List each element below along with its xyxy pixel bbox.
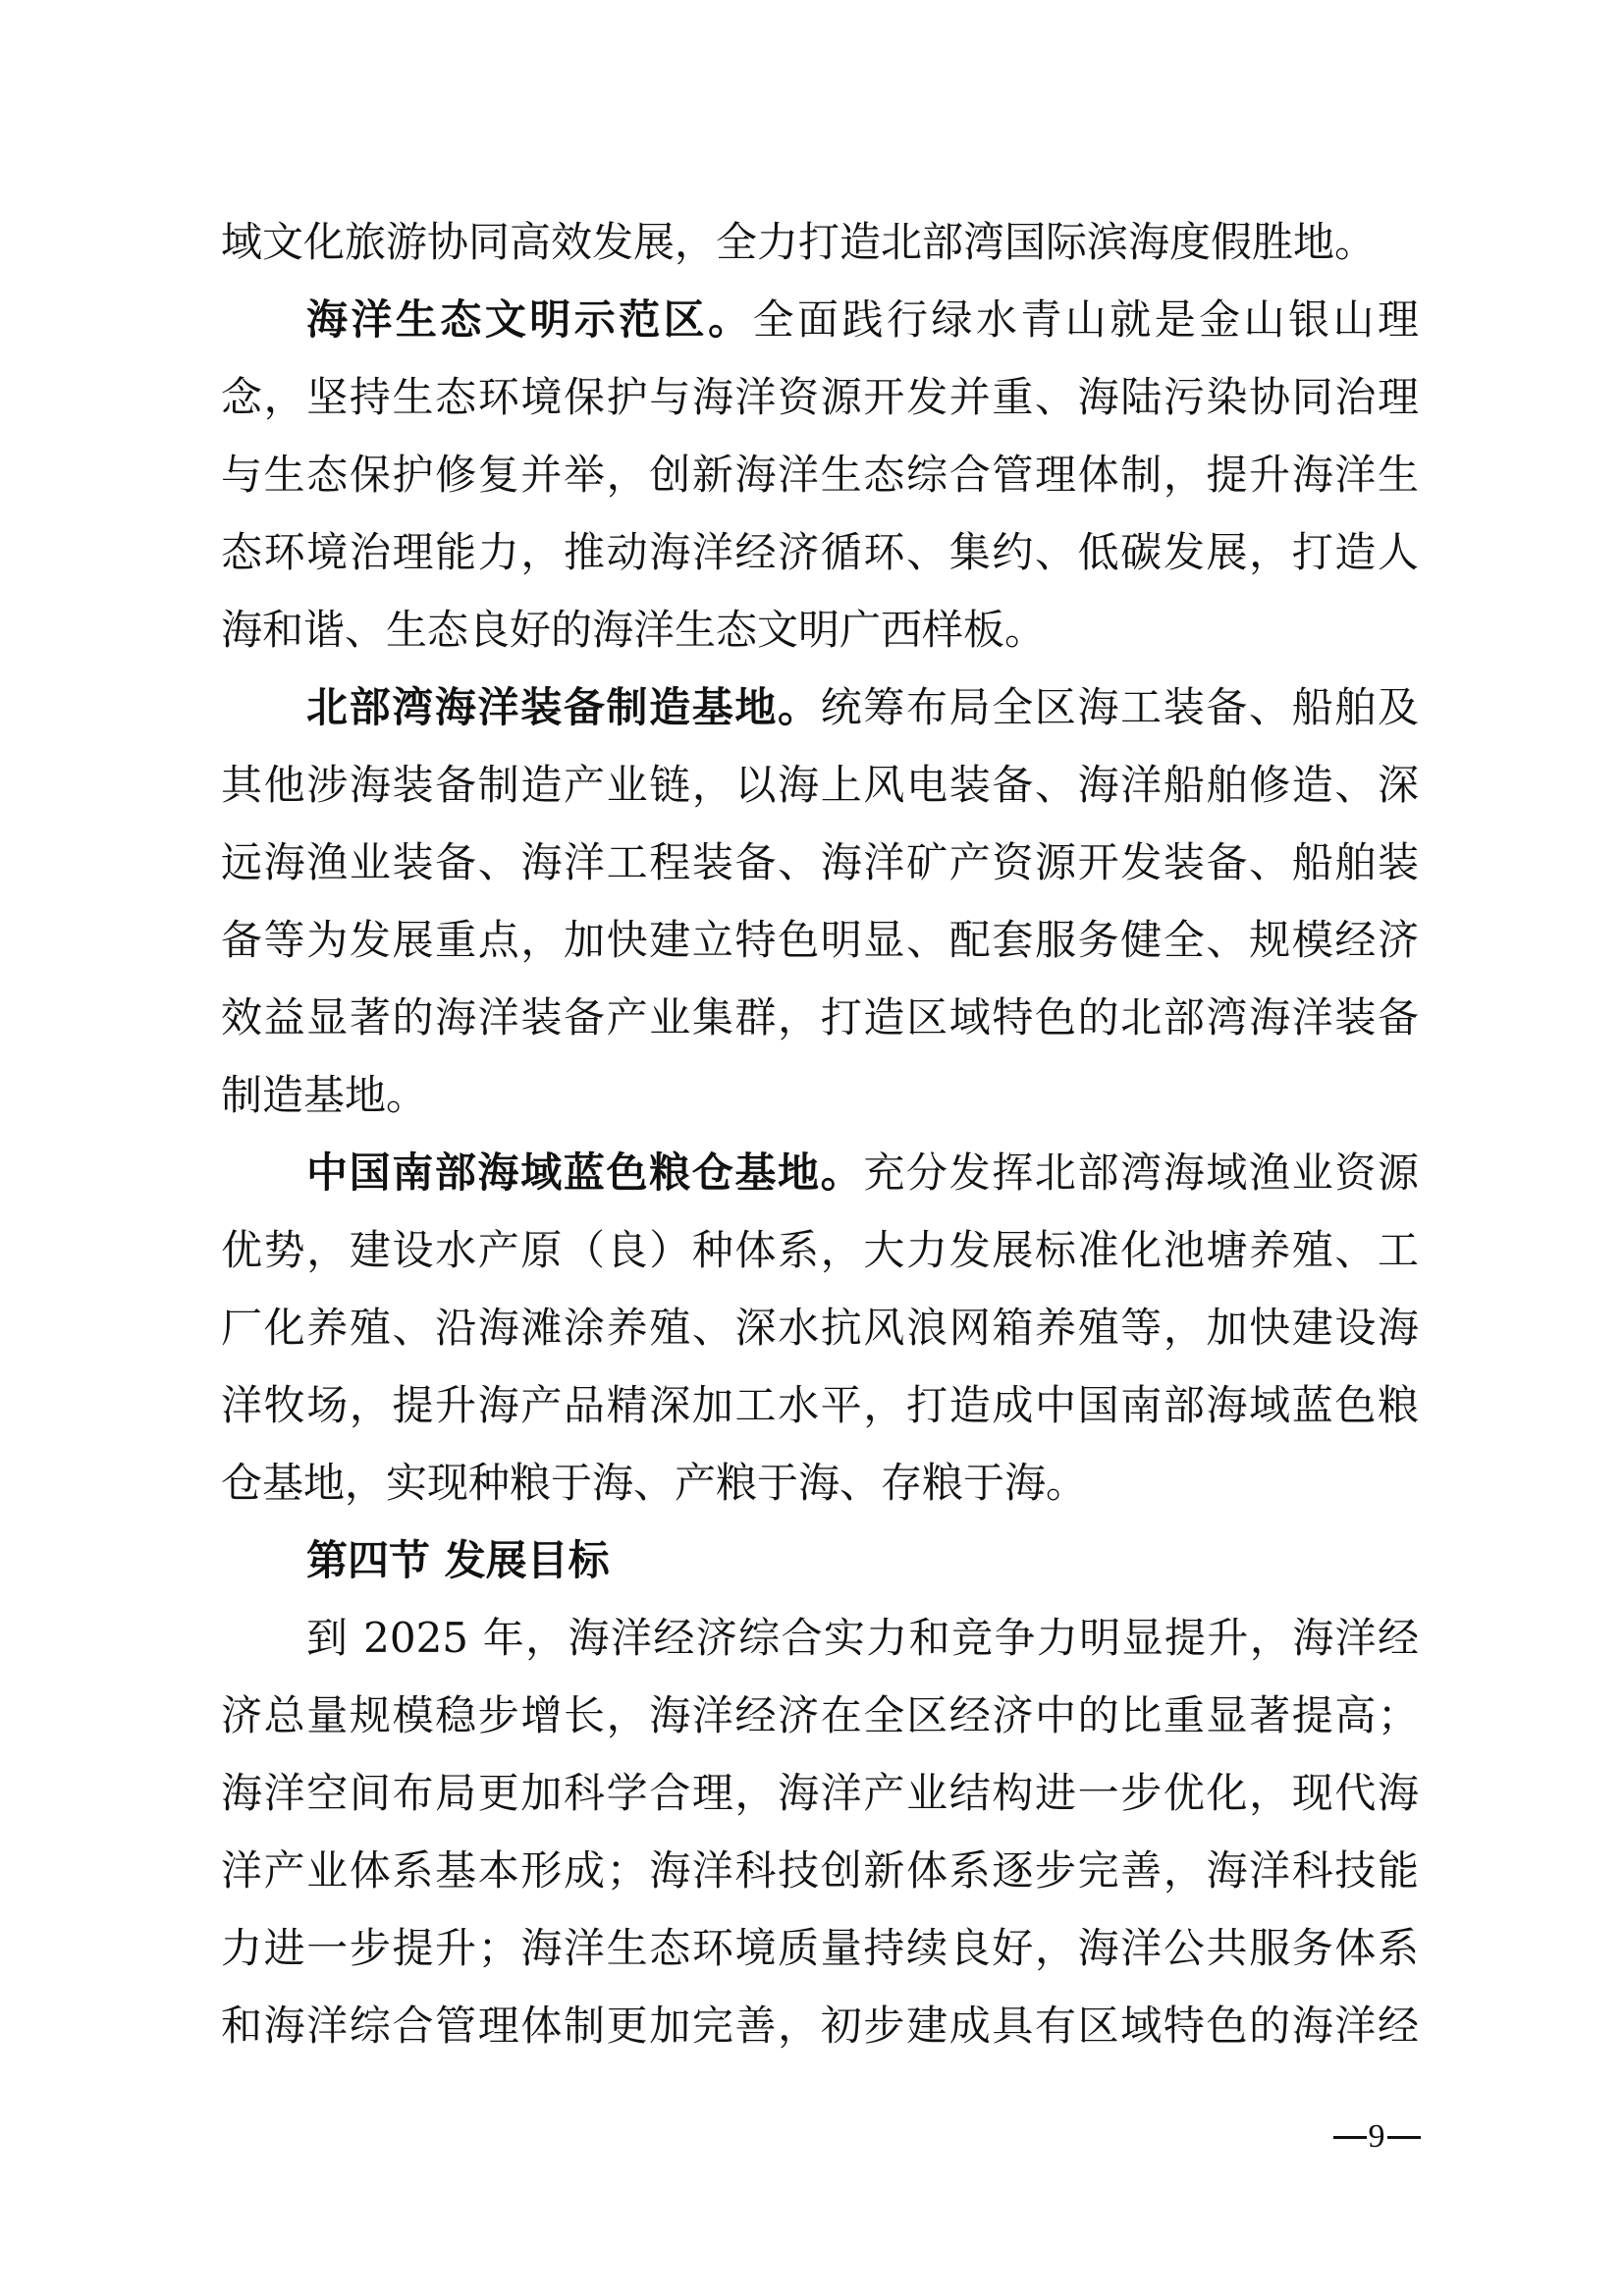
- text-line: 力进一步提升；海洋生态环境质量持续良好，海洋公共服务体系: [221, 1909, 1419, 1987]
- dash-left-decoration: [1333, 2136, 1367, 2139]
- text-line: 厂化养殖、沿海滩涂养殖、深水抗风浪网箱养殖等，加快建设海: [221, 1289, 1419, 1366]
- text-line: 洋牧场，提升海产品精深加工水平，打造成中国南部海域蓝色粮: [221, 1366, 1419, 1444]
- text-line: 优势，建设水产原（良）种体系，大力发展标准化池塘养殖、工: [221, 1211, 1419, 1289]
- dash-right-decoration: [1387, 2136, 1421, 2139]
- text-line: 洋产业体系基本形成；海洋科技创新体系逐步完善，海洋科技能: [221, 1832, 1419, 1909]
- text-line: 济总量规模稳步增长，海洋经济在全区经济中的比重显著提高；: [221, 1677, 1419, 1754]
- paragraph-start-marine-ecology: 海洋生态文明示范区。全面践行绿水青山就是金山银山理: [221, 281, 1419, 358]
- text-line: 海和谐、生态良好的海洋生态文明广西样板。: [221, 591, 1419, 668]
- text-line: 制造基地。: [221, 1056, 1419, 1134]
- text-line: 海洋空间布局更加科学合理，海洋产业结构进一步优化，现代海: [221, 1754, 1419, 1832]
- text-line: 和海洋综合管理体制更加完善，初步建成具有区域特色的海洋经: [221, 1987, 1419, 2064]
- body-text: 域文化旅游协同高效发展，全力打造北部湾国际滨海度假胜地。 海洋生态文明示范区。全…: [221, 203, 1419, 2064]
- text-line: 与生态保护修复并举，创新海洋生态综合管理体制，提升海洋生: [221, 436, 1419, 513]
- section-heading: 第四节 发展目标: [221, 1522, 1419, 1599]
- page-number: 9: [1326, 2118, 1428, 2156]
- paragraph-lead-title: 海洋生态文明示范区。: [306, 295, 753, 344]
- text-line: 其他涉海装备制造产业链，以海上风电装备、海洋船舶修造、深: [221, 746, 1419, 824]
- text-line: 念，坚持生态环境保护与海洋资源开发并重、海陆污染协同治理: [221, 358, 1419, 436]
- text-line: 仓基地，实现种粮于海、产粮于海、存粮于海。: [221, 1444, 1419, 1522]
- text-line: 远海渔业装备、海洋工程装备、海洋矿产资源开发装备、船舶装: [221, 824, 1419, 901]
- text-line: 态环境治理能力，推动海洋经济循环、集约、低碳发展，打造人: [221, 513, 1419, 591]
- paragraph-start-blue-granary: 中国南部海域蓝色粮仓基地。充分发挥北部湾海域渔业资源: [221, 1134, 1419, 1211]
- text-line: 备等为发展重点，加快建立特色明显、配套服务健全、规模经济: [221, 901, 1419, 979]
- document-page: 域文化旅游协同高效发展，全力打造北部湾国际滨海度假胜地。 海洋生态文明示范区。全…: [0, 0, 1624, 2296]
- text-line: 效益显著的海洋装备产业集群，打造区域特色的北部湾海洋装备: [221, 979, 1419, 1056]
- paragraph-start-goals: 到 2025 年，海洋经济综合实力和竞争力明显提升，海洋经: [221, 1599, 1419, 1677]
- paragraph-start-equipment-base: 北部湾海洋装备制造基地。统筹布局全区海工装备、船舶及: [221, 668, 1419, 746]
- paragraph-lead-title: 北部湾海洋装备制造基地。: [306, 683, 821, 731]
- paragraph-lead-title: 中国南部海域蓝色粮仓基地。: [306, 1148, 863, 1197]
- text-line: 域文化旅游协同高效发展，全力打造北部湾国际滨海度假胜地。: [221, 203, 1419, 281]
